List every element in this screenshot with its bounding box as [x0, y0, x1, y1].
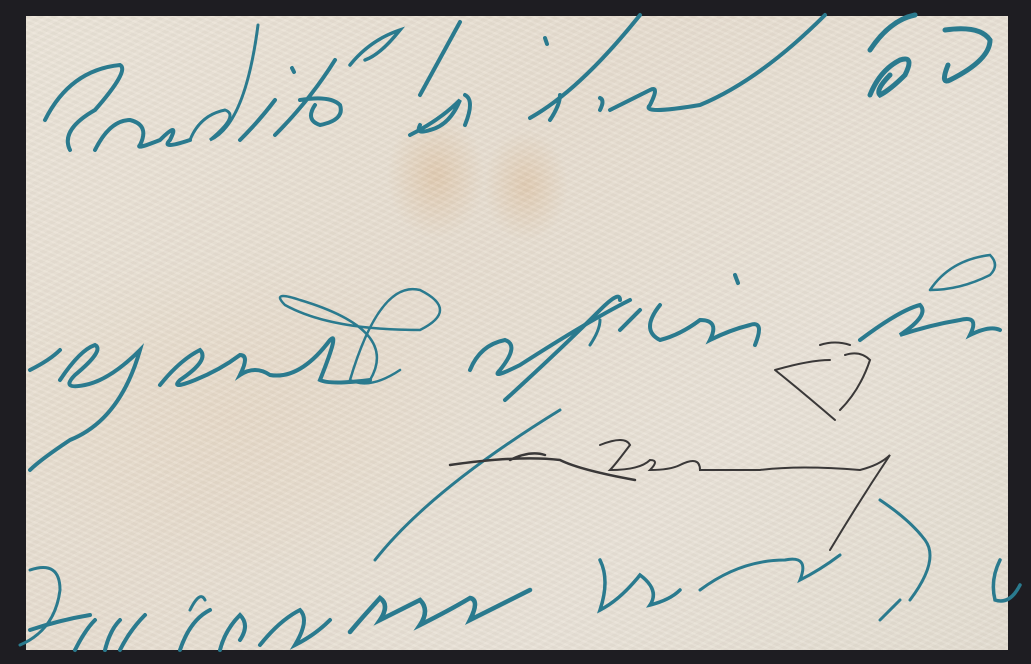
- handwriting-line-3: [20, 500, 1020, 650]
- handwriting-layer: [0, 0, 1031, 664]
- pencil-mark: [450, 343, 890, 551]
- handwriting-line-2: [30, 255, 1000, 560]
- handwriting-line-1: [45, 15, 990, 150]
